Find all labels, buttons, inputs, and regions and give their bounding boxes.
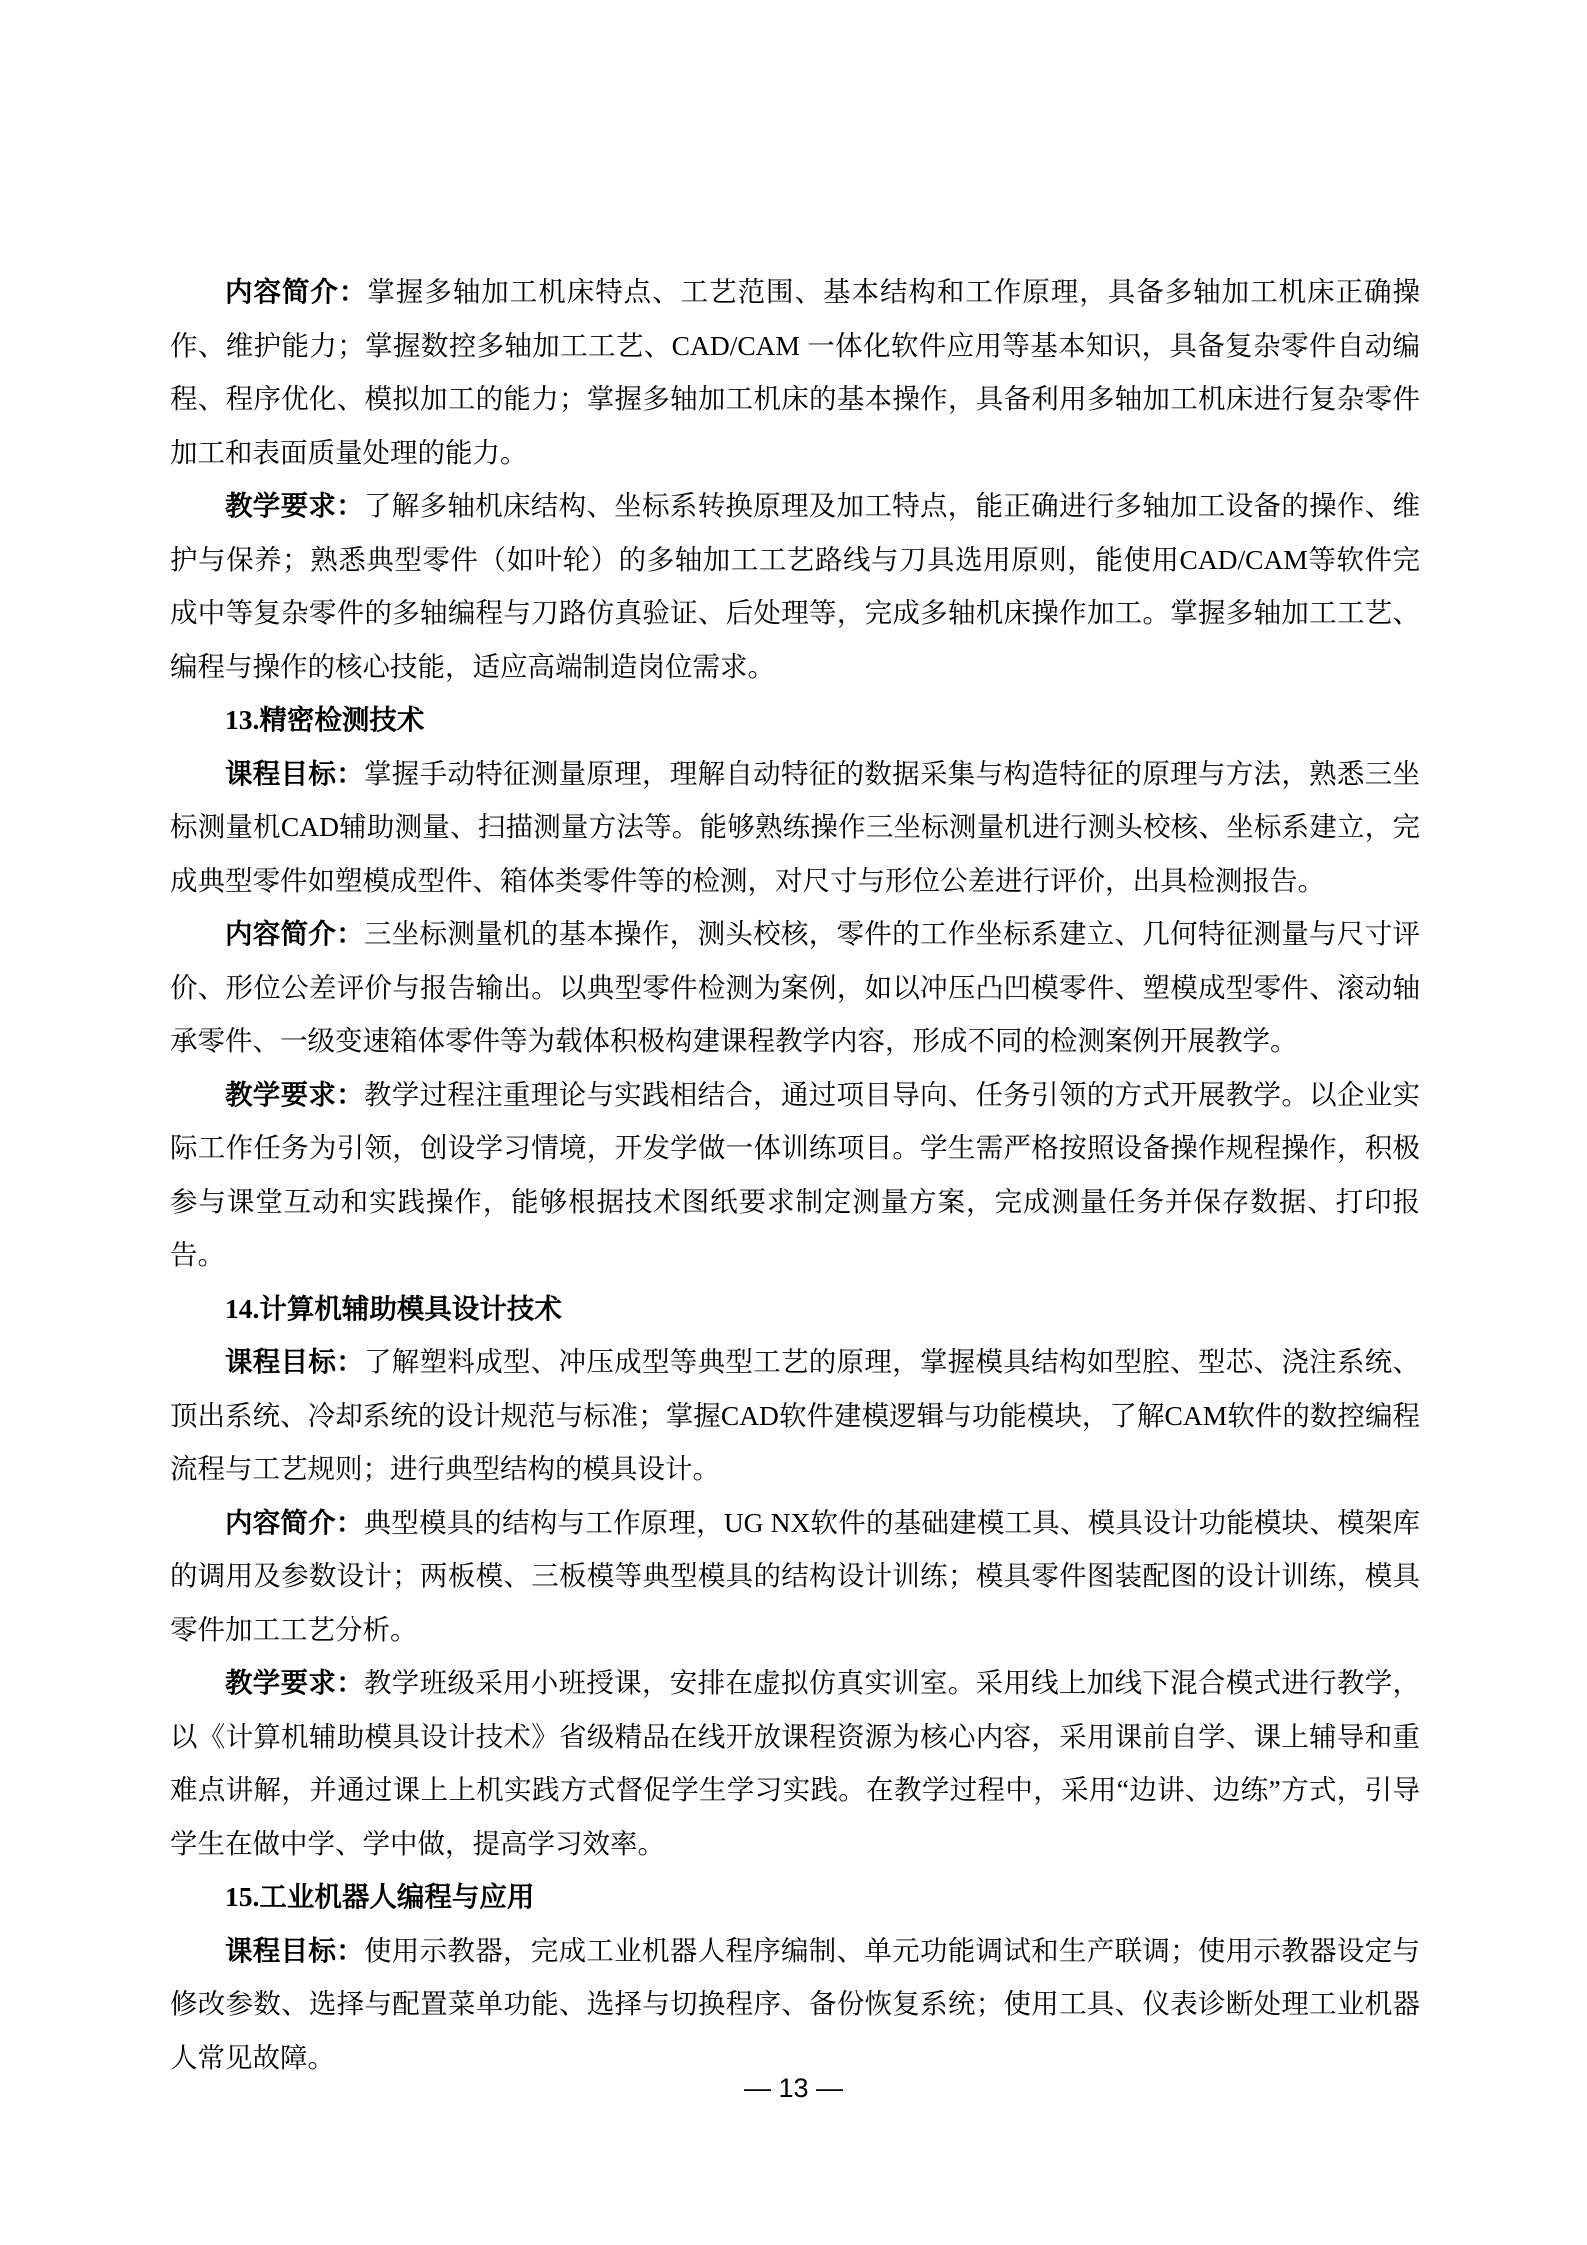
paragraph-course-objectives: 课程目标：了解塑料成型、冲压成型等典型工艺的原理，掌握模具结构如型腔、型芯、浇注… [170,1335,1420,1496]
paragraph-label: 教学要求： [225,1079,364,1110]
paragraph-label: 课程目标： [225,1935,364,1966]
paragraph-course-objectives: 课程目标：掌握手动特征测量原理，理解自动特征的数据采集与构造特征的原理与方法，熟… [170,747,1420,908]
section-heading-14: 14.计算机辅助模具设计技术 [170,1282,1420,1336]
document-page: 内容简介：掌握多轴加工机床特点、工艺范围、基本结构和工作原理，具备多轴加工机床正… [0,0,1587,2245]
paragraph-teaching-requirements: 教学要求：教学班级采用小班授课，安排在虚拟仿真实训室。采用线上加线下混合模式进行… [170,1656,1420,1870]
paragraph-content-intro: 内容简介：典型模具的结构与工作原理，UG NX软件的基础建模工具、模具设计功能模… [170,1496,1420,1657]
paragraph-label: 教学要求： [225,1667,364,1698]
footer-page-number: — 13 — [0,2068,1587,2108]
section-heading-15: 15.工业机器人编程与应用 [170,1870,1420,1924]
paragraph-label: 教学要求： [225,490,364,521]
paragraph-teaching-requirements: 教学要求：了解多轴机床结构、坐标系转换原理及加工特点，能正确进行多轴加工设备的操… [170,479,1420,693]
paragraph-content-intro: 内容简介：三坐标测量机的基本操作，测头校核，零件的工作坐标系建立、几何特征测量与… [170,907,1420,1068]
section-heading-13: 13.精密检测技术 [170,693,1420,747]
paragraph-teaching-requirements: 教学要求：教学过程注重理论与实践相结合，通过项目导向、任务引领的方式开展教学。以… [170,1068,1420,1282]
paragraph-label: 内容简介： [225,1507,364,1538]
paragraph-course-objectives: 课程目标：使用示教器，完成工业机器人程序编制、单元功能调试和生产联调；使用示教器… [170,1924,1420,2085]
paragraph-content-intro: 内容简介：掌握多轴加工机床特点、工艺范围、基本结构和工作原理，具备多轴加工机床正… [170,265,1420,479]
paragraph-label: 内容简介： [225,276,367,307]
paragraph-label: 内容简介： [225,918,364,949]
paragraph-label: 课程目标： [225,758,364,789]
paragraph-label: 课程目标： [225,1346,364,1377]
document-body: 内容简介：掌握多轴加工机床特点、工艺范围、基本结构和工作原理，具备多轴加工机床正… [170,265,1420,2084]
